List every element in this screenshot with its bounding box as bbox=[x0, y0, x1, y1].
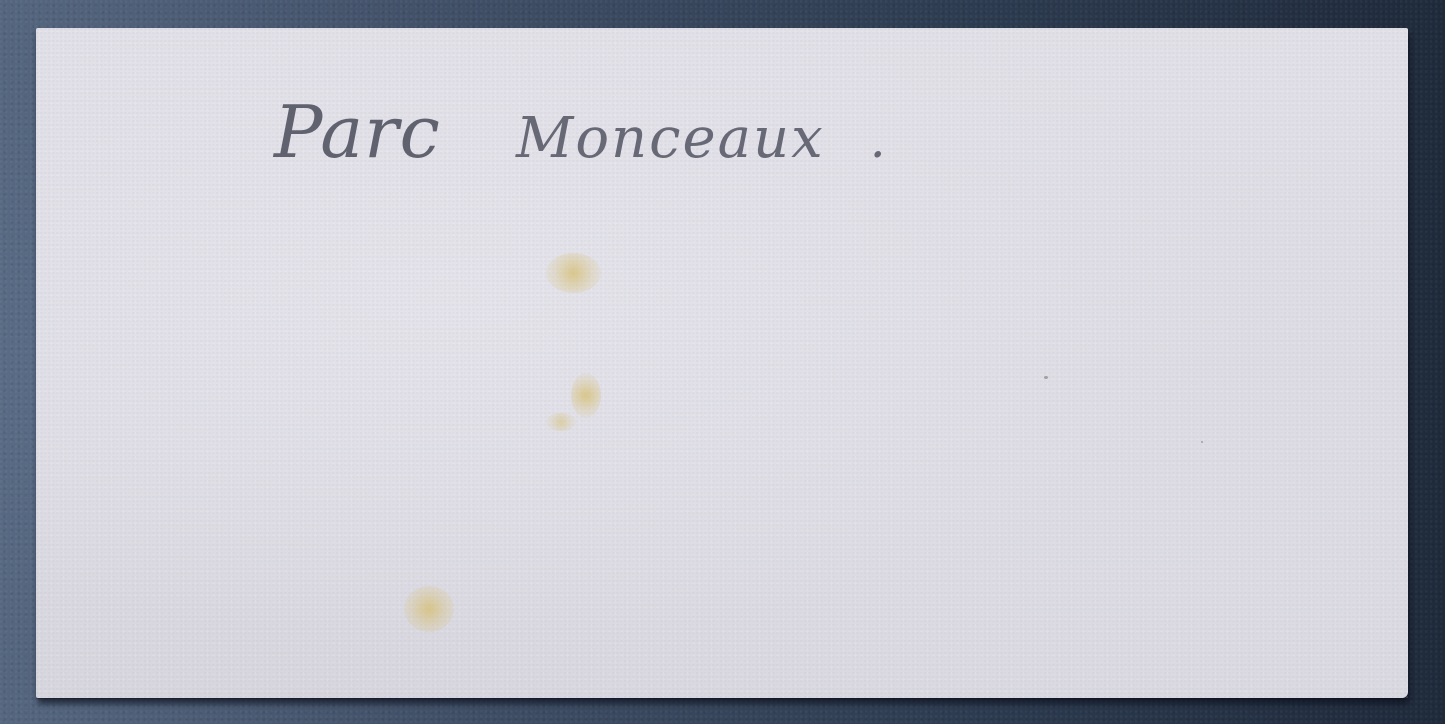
handwritten-inscription: Parc Monceaux . bbox=[274, 90, 886, 174]
paper-speck bbox=[1201, 441, 1203, 443]
foxing-stain bbox=[404, 586, 454, 632]
inscription-word-parc: Parc bbox=[274, 90, 441, 174]
inscription-period: . bbox=[870, 111, 886, 169]
inscription-word-monceaux: Monceaux bbox=[516, 106, 825, 171]
foxing-stain bbox=[571, 373, 601, 418]
foxing-stain bbox=[546, 413, 576, 431]
paper-speck bbox=[1044, 376, 1048, 379]
paper-card: Parc Monceaux . bbox=[36, 28, 1408, 698]
foxing-stain bbox=[546, 253, 601, 293]
